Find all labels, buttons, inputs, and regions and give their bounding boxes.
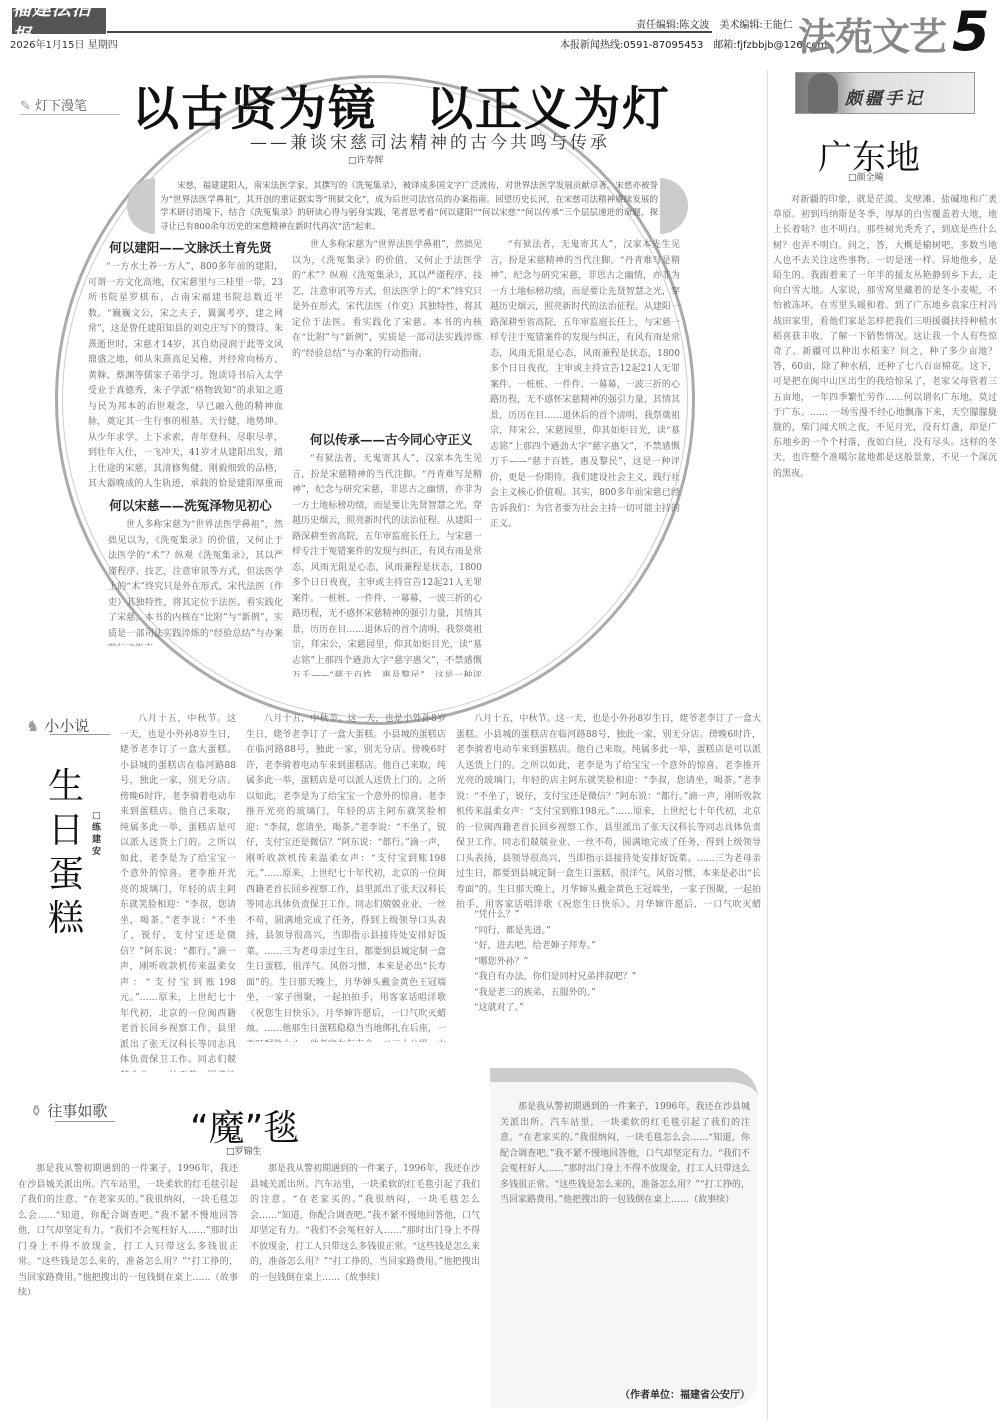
feature-column-3: “有狱法者，无鬼寄其人”，汉家本先生见言，扮是宋慈精神的当代注脚。“丹青难写是精… (490, 238, 680, 668)
feature-lede: 宋慈，福建建阳人，南宋法医学家。其撰写的《洗冤集录》，被译成多国文字广泛流传，对… (160, 180, 658, 234)
section-title: 法苑文艺 (798, 6, 946, 61)
right-column-label: 颇疆手记 (845, 84, 925, 109)
column-divider (767, 70, 768, 1420)
column-label-text: 灯下漫笔 (35, 99, 87, 114)
dialogue-line: “凭什么？” (456, 908, 761, 924)
bottom-story-column-2: 那是我从警初期遇到的一件案子，1996年，我还在沙县城关派出所。汽车站里，一块柔… (250, 1162, 480, 1424)
short-story-label-text: 小小说 (44, 717, 89, 735)
short-story-column-3: 八月十五，中秋节。这一天，也是小外孙8岁生日，姥爷老李订了一盒大蛋糕。小县城的蛋… (456, 712, 761, 1017)
short-story-byline: □练建安 (92, 810, 104, 858)
section-heading-chuancheng: 何以传承——古今同心守正义 (310, 430, 473, 448)
column-label-lamp: ✎ 灯下漫笔 (20, 95, 87, 114)
feature-byline: □许寿辉 (348, 153, 384, 166)
feature-column-2-top: 世人多称宋慈为“世界法医学鼻祖”，然拙见以为，《洗冤集录》的价值，又何止于法医学… (292, 238, 482, 418)
bottom-story-label-text: 往事如歌 (47, 1102, 107, 1120)
section-heading-songci: 何以宋慈——洗冤泽物见初心 (88, 496, 283, 514)
author-affiliation: （作者单位：福建省公安厅） (620, 1386, 750, 1401)
short-story-column-3-body: 八月十五，中秋节。这一天，也是小外孙8岁生日，姥爷老李订了一盒大蛋糕。小县城的蛋… (456, 712, 761, 908)
feature-column-1: 何以建阳——文脉沃土育先贤 “一方水土养一方人”，800多年前的建阳，可谓一方文… (88, 238, 283, 646)
right-article-body: 对新疆的印象，就是茫漠、戈壁滩、盐碱地和广袤草原。初到玛纳斯是冬季，厚厚的白雪覆… (773, 193, 997, 1423)
masthead-divider (107, 31, 712, 33)
section-body-songci: 世人多称宋慈为“世界法医学鼻祖”，然拙见以为，《洗冤集录》的价值，又何止于法医学… (88, 518, 283, 646)
lede-decoration-right (660, 178, 688, 234)
dialogue-line: “我自有办法，你们是同村兄弟拌叔吧？” (456, 970, 761, 986)
dialogue-line: “好，进去吧，给老婶子拜寿。” (456, 939, 761, 955)
newspaper-logo: 福建法治报 (12, 8, 106, 34)
bottom-story-column-3: 那是我从警初期遇到的一件案子，1996年，我还在沙县城关派出所。汽车站里，一块柔… (500, 1100, 750, 1380)
feature-subheadline: ——兼谈宋慈司法精神的古今共鸣与传承 (250, 128, 610, 153)
section-heading-jianyang: 何以建阳——文脉沃土育先贤 (88, 238, 283, 256)
bottom-story-label-underline (55, 1121, 115, 1122)
short-story-column-1: 八月十五，中秋节。这一天，也是小外孙8岁生日，姥爷老李订了一盒大蛋糕。小县城的蛋… (120, 712, 236, 1072)
bottom-story-byline: □罗锦生 (226, 1144, 262, 1157)
short-story-title: 生日蛋糕 (48, 765, 92, 941)
short-story-column-2: 八月十五，中秋节。这一天，也是小外孙8岁生日，姥爷老李订了一盒大蛋糕。小县城的蛋… (246, 712, 446, 1042)
lamp-icon: ✎ (20, 99, 31, 114)
short-story-label: ♞ 小小说 (26, 715, 89, 736)
camel-icon: ♞ (26, 717, 39, 735)
bottom-story-column-1: 那是我从警初期遇到的一件案子，1996年，我还在沙县城关派出所。汽车站里，一块柔… (18, 1162, 238, 1424)
right-article-byline: □颜全飚 (848, 170, 884, 183)
column-label-underline (20, 114, 120, 115)
dialogue-line: “我是老三的族弟，五服外的。” (456, 986, 761, 1002)
dialogue-line: “哪您外孙？” (456, 955, 761, 971)
section-body-jianyang: “一方水土养一方人”，800多年前的建阳，可谓一方文化高地，仅宋慈里与三桂里一带… (88, 260, 283, 488)
bottom-story-label: ⚱ 往事如歌 (30, 1100, 107, 1121)
dialogue-line: “同行，都是先进。” (456, 924, 761, 940)
dialogue-line: “这就对了。” (456, 1001, 761, 1017)
contact-info: 本报新闻热线:0591-87095453 邮箱:fjfzbbjb@126.com (560, 36, 827, 51)
section-body-chuancheng: “有狱法者，无鬼寄其人”，汉家本先生见言，扮是宋慈精神的当代注脚。“丹青难写是精… (292, 452, 482, 677)
editor-credits: 责任编辑:陈文波 美术编辑:王能仁 (636, 16, 793, 31)
vase-icon: ⚱ (30, 1102, 43, 1120)
short-story-label-underline (50, 734, 110, 735)
page-number: 5 (952, 0, 990, 63)
issue-date: 2026年1月15日 星期四 (10, 36, 118, 51)
author-portrait (808, 73, 838, 113)
